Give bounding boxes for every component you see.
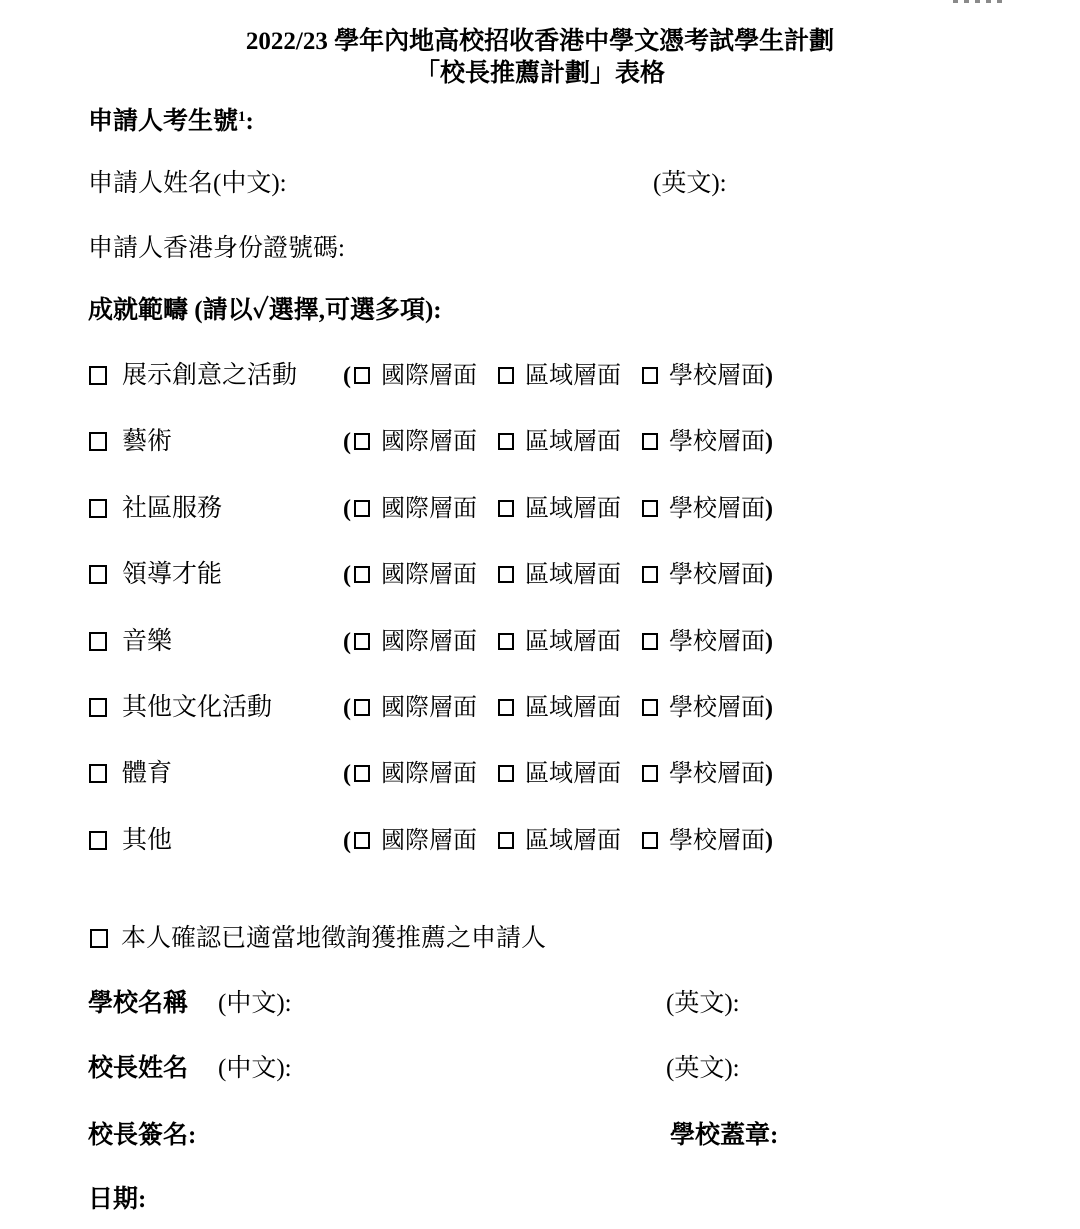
achievement-header-label: 成就範疇 (請以✓選擇,可選多項):: [88, 297, 442, 324]
applicant-name-row: 申請人姓名(中文): (英文):: [88, 170, 1040, 197]
level-checkbox-regional[interactable]: [498, 633, 514, 650]
level-checkbox-international[interactable]: [354, 832, 370, 849]
candidate-number-row: 申請人考生號1:: [88, 104, 1040, 135]
level-checkbox-regional[interactable]: [498, 500, 514, 517]
level-group: (國際層面區域層面學校層面): [343, 695, 773, 721]
applicant-name-english-label: (英文):: [653, 170, 727, 197]
achievement-row: 音樂(國際層面區域層面學校層面): [89, 628, 1080, 694]
level-checkbox-school[interactable]: [642, 765, 658, 782]
level-label-regional: 區域層面: [525, 562, 621, 588]
close-paren: ): [765, 629, 773, 655]
level-checkbox-school[interactable]: [642, 433, 658, 450]
category-checkbox[interactable]: [89, 698, 107, 717]
level-label-international: 國際層面: [381, 828, 477, 854]
level-label-school: 學校層面: [669, 695, 765, 721]
level-checkbox-school[interactable]: [642, 633, 658, 650]
close-paren: ): [765, 429, 773, 455]
level-group: (國際層面區域層面學校層面): [343, 828, 773, 854]
level-checkbox-international[interactable]: [354, 566, 370, 583]
level-checkbox-school[interactable]: [642, 500, 658, 517]
school-name-english-label: (英文):: [666, 990, 740, 1017]
hkid-row: 申請人香港身份證號碼:: [88, 235, 1040, 262]
level-label-regional: 區域層面: [525, 695, 621, 721]
level-checkbox-international[interactable]: [354, 765, 370, 782]
level-checkbox-school[interactable]: [642, 367, 658, 384]
category-label: 社區服務: [122, 495, 343, 522]
category-label: 領導才能: [122, 561, 343, 588]
level-checkbox-regional[interactable]: [498, 367, 514, 384]
school-name-label: 學校名稱: [88, 990, 218, 1017]
level-label-school: 學校層面: [669, 496, 765, 522]
achievement-row: 其他(國際層面區域層面學校層面): [89, 827, 1080, 893]
level-group: (國際層面區域層面學校層面): [343, 363, 773, 389]
close-paren: ): [765, 761, 773, 787]
level-label-regional: 區域層面: [525, 496, 621, 522]
level-label-school: 學校層面: [669, 761, 765, 787]
level-checkbox-school[interactable]: [642, 566, 658, 583]
open-paren: (: [343, 562, 351, 588]
close-paren: ): [765, 562, 773, 588]
category-label: 藝術: [122, 428, 343, 455]
level-checkbox-international[interactable]: [354, 633, 370, 650]
level-label-school: 學校層面: [669, 363, 765, 389]
principal-name-english-label: (英文):: [666, 1055, 740, 1082]
level-label-international: 國際層面: [381, 429, 477, 455]
principal-signature-label: 校長簽名:: [88, 1122, 196, 1149]
category-checkbox[interactable]: [89, 831, 107, 850]
category-label: 展示創意之活動: [122, 362, 343, 389]
open-paren: (: [343, 761, 351, 787]
level-checkbox-international[interactable]: [354, 699, 370, 716]
achievement-row: 其他文化活動(國際層面區域層面學校層面): [89, 694, 1080, 760]
candidate-number-label: 申請人考生號: [88, 108, 238, 135]
form-page: 2022/23 學年內地高校招收香港中學文憑考試學生計劃 「校長推薦計劃」表格 …: [0, 0, 1080, 1229]
signature-row: 校長簽名: 學校蓋章:: [88, 1122, 1040, 1149]
achievement-row: 展示創意之活動(國際層面區域層面學校層面): [89, 362, 1080, 428]
level-label-international: 國際層面: [381, 761, 477, 787]
confirmation-checkbox[interactable]: [90, 929, 108, 948]
applicant-name-chinese-label: 申請人姓名(中文):: [88, 170, 287, 197]
category-label: 其他文化活動: [122, 694, 343, 721]
principal-name-row: 校長姓名(中文): (英文):: [88, 1055, 1040, 1082]
principal-name-label: 校長姓名: [88, 1055, 218, 1082]
category-checkbox[interactable]: [89, 565, 107, 584]
close-paren: ): [765, 496, 773, 522]
level-label-school: 學校層面: [669, 429, 765, 455]
category-checkbox[interactable]: [89, 432, 107, 451]
open-paren: (: [343, 429, 351, 455]
school-name-row: 學校名稱(中文): (英文):: [88, 990, 1040, 1017]
level-label-international: 國際層面: [381, 363, 477, 389]
level-label-regional: 區域層面: [525, 363, 621, 389]
level-group: (國際層面區域層面學校層面): [343, 761, 773, 787]
level-label-regional: 區域層面: [525, 629, 621, 655]
confirmation-row: 本人確認已適當地徵詢獲推薦之申請人: [90, 925, 1040, 952]
level-label-school: 學校層面: [669, 562, 765, 588]
level-group: (國際層面區域層面學校層面): [343, 629, 773, 655]
achievement-row: 體育(國際層面區域層面學校層面): [89, 760, 1080, 826]
level-checkbox-international[interactable]: [354, 367, 370, 384]
level-checkbox-regional[interactable]: [498, 832, 514, 849]
close-paren: ): [765, 828, 773, 854]
achievement-row: 社區服務(國際層面區域層面學校層面): [89, 495, 1080, 561]
level-checkbox-regional[interactable]: [498, 433, 514, 450]
cropped-text-artifact: [953, 0, 1002, 3]
level-checkbox-school[interactable]: [642, 832, 658, 849]
category-label: 音樂: [122, 628, 343, 655]
level-label-school: 學校層面: [669, 629, 765, 655]
level-label-regional: 區域層面: [525, 429, 621, 455]
level-label-international: 國際層面: [381, 496, 477, 522]
close-paren: ): [765, 695, 773, 721]
level-label-regional: 區域層面: [525, 761, 621, 787]
achievement-rows: 展示創意之活動(國際層面區域層面學校層面) 藝術(國際層面區域層面學校層面) 社…: [89, 362, 1080, 893]
open-paren: (: [343, 496, 351, 522]
level-label-international: 國際層面: [381, 562, 477, 588]
hkid-label: 申請人香港身份證號碼:: [88, 235, 345, 262]
level-checkbox-regional[interactable]: [498, 566, 514, 583]
close-paren: ): [765, 363, 773, 389]
category-label: 其他: [122, 827, 343, 854]
form-title-line1: 2022/23 學年內地高校招收香港中學文憑考試學生計劃: [0, 28, 1080, 55]
level-label-international: 國際層面: [381, 695, 477, 721]
level-label-school: 學校層面: [669, 828, 765, 854]
form-title-line2: 「校長推薦計劃」表格: [0, 60, 1080, 87]
level-group: (國際層面區域層面學校層面): [343, 562, 773, 588]
open-paren: (: [343, 828, 351, 854]
level-checkbox-regional[interactable]: [498, 699, 514, 716]
level-group: (國際層面區域層面學校層面): [343, 496, 773, 522]
category-checkbox[interactable]: [89, 632, 107, 651]
principal-name-chinese-label: (中文):: [218, 1055, 292, 1082]
achievement-header-row: 成就範疇 (請以✓選擇,可選多項):: [88, 297, 1040, 324]
level-checkbox-regional[interactable]: [498, 765, 514, 782]
school-name-chinese-label: (中文):: [218, 990, 292, 1017]
level-label-international: 國際層面: [381, 629, 477, 655]
confirmation-label: 本人確認已適當地徵詢獲推薦之申請人: [121, 925, 546, 952]
level-label-regional: 區域層面: [525, 828, 621, 854]
date-label: 日期:: [88, 1186, 146, 1213]
level-group: (國際層面區域層面學校層面): [343, 429, 773, 455]
open-paren: (: [343, 629, 351, 655]
candidate-number-colon: :: [246, 108, 254, 135]
open-paren: (: [343, 363, 351, 389]
date-row: 日期:: [88, 1186, 1040, 1213]
open-paren: (: [343, 695, 351, 721]
candidate-number-footnote-mark: 1: [238, 109, 246, 125]
category-checkbox[interactable]: [89, 366, 107, 385]
level-checkbox-international[interactable]: [354, 500, 370, 517]
achievement-row: 領導才能(國際層面區域層面學校層面): [89, 561, 1080, 627]
category-checkbox[interactable]: [89, 764, 107, 783]
level-checkbox-school[interactable]: [642, 699, 658, 716]
level-checkbox-international[interactable]: [354, 433, 370, 450]
school-chop-label: 學校蓋章:: [670, 1122, 778, 1149]
category-label: 體育: [122, 760, 343, 787]
achievement-row: 藝術(國際層面區域層面學校層面): [89, 428, 1080, 494]
category-checkbox[interactable]: [89, 499, 107, 518]
